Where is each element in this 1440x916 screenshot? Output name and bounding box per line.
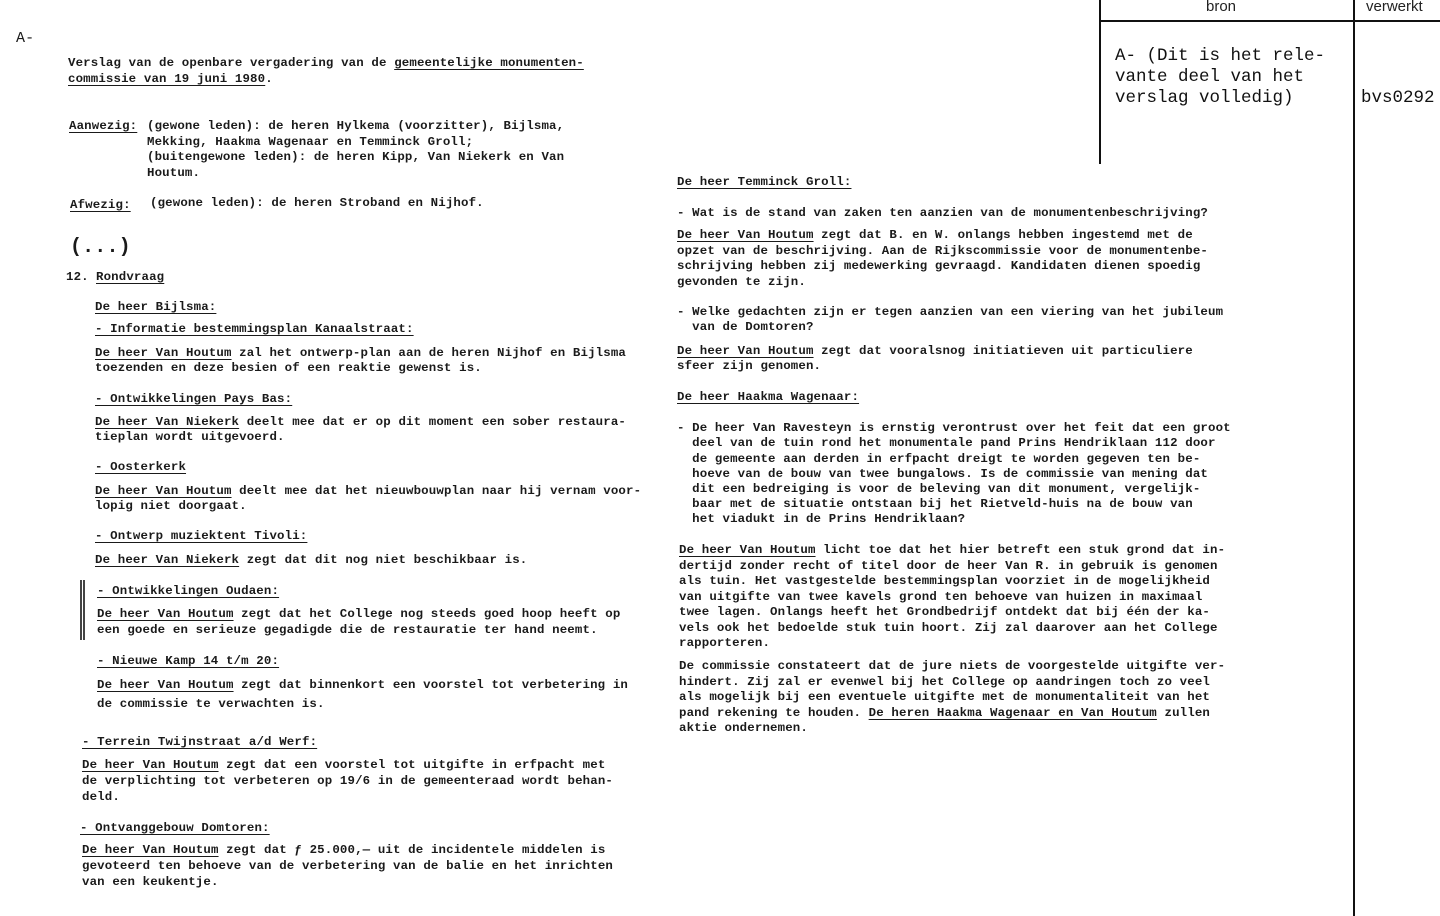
item-answer: De heer Van Houtum zal het ontwerp-plan … (95, 346, 626, 362)
answer-2: De heer Van Houtum zegt dat vooralsnog i… (677, 344, 1193, 360)
report-title-line-1: Verslag van de openbare vergadering van … (68, 56, 584, 72)
absent-label: Afwezig: (70, 198, 131, 214)
present-line-4: Houtum. (147, 166, 200, 182)
item-answer-cont: toezenden en deze besien of een reaktie … (95, 361, 482, 377)
answer-speaker: De heer Van Niekerk (95, 553, 239, 567)
answer-speaker: De heer Van Houtum (677, 344, 814, 358)
answer-1-cont: opzet van de beschrijving. Aan de Rijksc… (677, 244, 1208, 260)
answer-3: De heer Van Houtum licht toe dat het hie… (679, 543, 1225, 559)
conclusion-text: pand rekening te houden. (679, 706, 869, 720)
answer-speaker: De heer Van Houtum (97, 607, 234, 621)
answer-3-cont: als tuin. Het vastgestelde bestemmingspl… (679, 574, 1210, 590)
question-3-cont: dit een bedreiging is voor de beleving v… (677, 482, 1200, 498)
item-heading: - Informatie bestemmingsplan Kanaalstraa… (95, 322, 414, 338)
question-2: - Welke gedachten zijn er tegen aanzien … (677, 305, 1223, 321)
item-answer-cont: de verplichting tot verbeteren op 19/6 i… (82, 774, 613, 790)
absent-text: (gewone leden): de heren Stroband en Nij… (150, 196, 484, 212)
question-3-cont: hoeve van de bouw van twee bungalows. Is… (677, 467, 1208, 483)
column-header-verwerkt: verwerkt (1366, 0, 1423, 15)
item-answer: De heer Van Houtum zegt dat het College … (97, 607, 620, 623)
answer-text: zegt dat ƒ 25.000,— uit de incidentele m… (219, 843, 606, 857)
conclusion-cont: als mogelijk bij een eventuele uitgifte … (679, 690, 1210, 706)
item-answer: De heer Van Houtum zegt dat een voorstel… (82, 758, 605, 774)
present-line-1: (gewone leden): de heren Hylkema (voorzi… (147, 119, 564, 135)
speaker-temminck-groll: De heer Temminck Groll: (677, 175, 851, 191)
item-answer-cont: de commissie te verwachten is. (97, 697, 325, 713)
answer-2-cont: sfeer zijn genomen. (677, 359, 821, 375)
item-answer-cont: van een keukentje. (82, 875, 219, 891)
section-title: Rondvraag (96, 270, 164, 286)
answer-text: zegt dat het College nog steeds goed hoo… (234, 607, 621, 621)
answer-text: deelt mee dat het nieuwbouwplan naar hij… (232, 484, 642, 498)
change-bar (80, 580, 82, 640)
item-answer: De heer Van Niekerk zegt dat dit nog nie… (95, 553, 527, 569)
answer-text: zegt dat dit nog niet beschikbaar is. (239, 553, 527, 567)
title-text: Verslag van de openbare vergadering van … (68, 56, 394, 70)
item-answer: De heer Van Houtum deelt mee dat het nie… (95, 484, 641, 500)
source-note-line-1: A- (Dit is het rele- (1115, 46, 1325, 67)
speaker-bijlsma: De heer Bijlsma: (95, 300, 216, 316)
answer-text: zal het ontwerp-plan aan de heren Nijhof… (232, 346, 626, 360)
doc-label: A- (16, 31, 34, 47)
section-number: 12. (66, 270, 89, 286)
source-note-line-3: verslag volledig) (1115, 88, 1294, 109)
speaker-haakma-wagenaar: De heer Haakma Wagenaar: (677, 390, 859, 406)
answer-3-cont: rapporteren. (679, 636, 770, 652)
question-1: - Wat is de stand van zaken ten aanzien … (677, 206, 1208, 222)
item-heading: - Ontwikkelingen Pays Bas: (95, 392, 292, 408)
answer-speaker: De heer Van Houtum (82, 843, 219, 857)
change-bar (83, 580, 85, 640)
omission-ellipsis: (...) (70, 240, 131, 256)
answer-text: licht toe dat het hier betreft een stuk … (816, 543, 1226, 557)
item-answer-cont: tieplan wordt uitgevoerd. (95, 430, 285, 446)
action-owners: De heren Haakma Wagenaar en Van Houtum (869, 706, 1157, 720)
item-heading: - Oosterkerk (95, 460, 186, 476)
answer-speaker: De heer Van Houtum (95, 346, 232, 360)
question-3: - De heer Van Ravesteyn is ernstig veron… (677, 421, 1231, 437)
question-3-cont: deel van de tuin rond het monumentale pa… (677, 436, 1216, 452)
conclusion: De commissie constateert dat de jure nie… (679, 659, 1225, 675)
answer-1: De heer Van Houtum zegt dat B. en W. onl… (677, 228, 1193, 244)
answer-1-cont: gevonden te zijn. (677, 275, 806, 291)
answer-speaker: De heer Van Houtum (95, 484, 232, 498)
item-answer-cont: gevoteerd ten behoeve van de verbetering… (82, 859, 613, 875)
item-answer: De heer Van Houtum zegt dat binnenkort e… (97, 678, 628, 694)
answer-3-cont: twee lagen. Onlangs heeft het Grondbedri… (679, 605, 1210, 621)
conclusion-cont: pand rekening te houden. De heren Haakma… (679, 706, 1210, 722)
answer-speaker: De heer Van Houtum (82, 758, 219, 772)
answer-text: zegt dat een voorstel tot uitgifte in er… (219, 758, 606, 772)
present-line-3: (buitengewone leden): de heren Kipp, Van… (147, 150, 564, 166)
item-answer-cont: een goede en serieuze gegadigde die de r… (97, 623, 598, 639)
item-heading: - Nieuwe Kamp 14 t/m 20: (97, 654, 279, 670)
table-header-rule (1099, 20, 1440, 22)
item-answer: De heer Van Houtum zegt dat ƒ 25.000,— u… (82, 843, 605, 859)
answer-speaker: De heer Van Niekerk (95, 415, 239, 429)
answer-text: zegt dat B. en W. onlangs hebben ingeste… (814, 228, 1193, 242)
question-2-cont: van de Domtoren? (677, 320, 814, 336)
answer-text: zegt dat binnenkort een voorstel tot ver… (234, 678, 628, 692)
answer-text: deelt mee dat er op dit moment een sober… (239, 415, 626, 429)
processed-code: bvs0292 (1361, 88, 1435, 109)
item-heading: - Ontwikkelingen Oudaen: (97, 584, 279, 600)
table-middle-border (1353, 0, 1355, 916)
answer-3-cont: dertijd zonder recht of titel door de he… (679, 559, 1218, 575)
question-3-cont: het viadukt in de Prins Hendriklaan? (677, 512, 965, 528)
source-note-line-2: vante deel van het (1115, 67, 1304, 88)
title-period: . (265, 72, 273, 86)
title-underlined-2: commissie van 19 juni 1980 (68, 72, 265, 86)
conclusion-text: zullen (1157, 706, 1210, 720)
answer-speaker: De heer Van Houtum (677, 228, 814, 242)
item-heading: - Ontwerp muziektent Tivoli: (95, 529, 307, 545)
answer-3-cont: van uitgifte van twee kavels grond ten b… (679, 590, 1202, 606)
answer-3-cont: vels ook het bedoelde stuk tuin hoort. Z… (679, 621, 1218, 637)
present-line-2: Mekking, Haakma Wagenaar en Temminck Gro… (147, 135, 473, 151)
answer-speaker: De heer Van Houtum (97, 678, 234, 692)
item-answer-cont: lopig niet doorgaat. (95, 499, 247, 515)
question-3-cont: de gemeente aan derden in erfpacht dreig… (677, 452, 1200, 468)
item-heading: - Terrein Twijnstraat a/d Werf: (82, 735, 317, 751)
question-3-cont: baar met de situatie ontstaan bij het Ri… (677, 497, 1193, 513)
report-title-line-2: commissie van 19 juni 1980. (68, 72, 273, 88)
item-heading: - Ontvanggebouw Domtoren: (80, 821, 270, 837)
table-left-border (1099, 0, 1101, 164)
column-header-bron: bron (1206, 0, 1236, 15)
answer-speaker: De heer Van Houtum (679, 543, 816, 557)
item-answer-cont: deld. (82, 790, 120, 806)
item-answer: De heer Van Niekerk deelt mee dat er op … (95, 415, 626, 431)
title-underlined: gemeentelijke monumenten- (394, 56, 584, 70)
present-label: Aanwezig: (69, 119, 137, 135)
answer-text: zegt dat vooralsnog initiatieven uit par… (814, 344, 1193, 358)
answer-1-cont: schrijving hebben zij medewerking gevraa… (677, 259, 1200, 275)
conclusion-cont: hindert. Zij zal er evenwel bij het Coll… (679, 675, 1210, 691)
conclusion-cont: aktie ondernemen. (679, 721, 808, 737)
